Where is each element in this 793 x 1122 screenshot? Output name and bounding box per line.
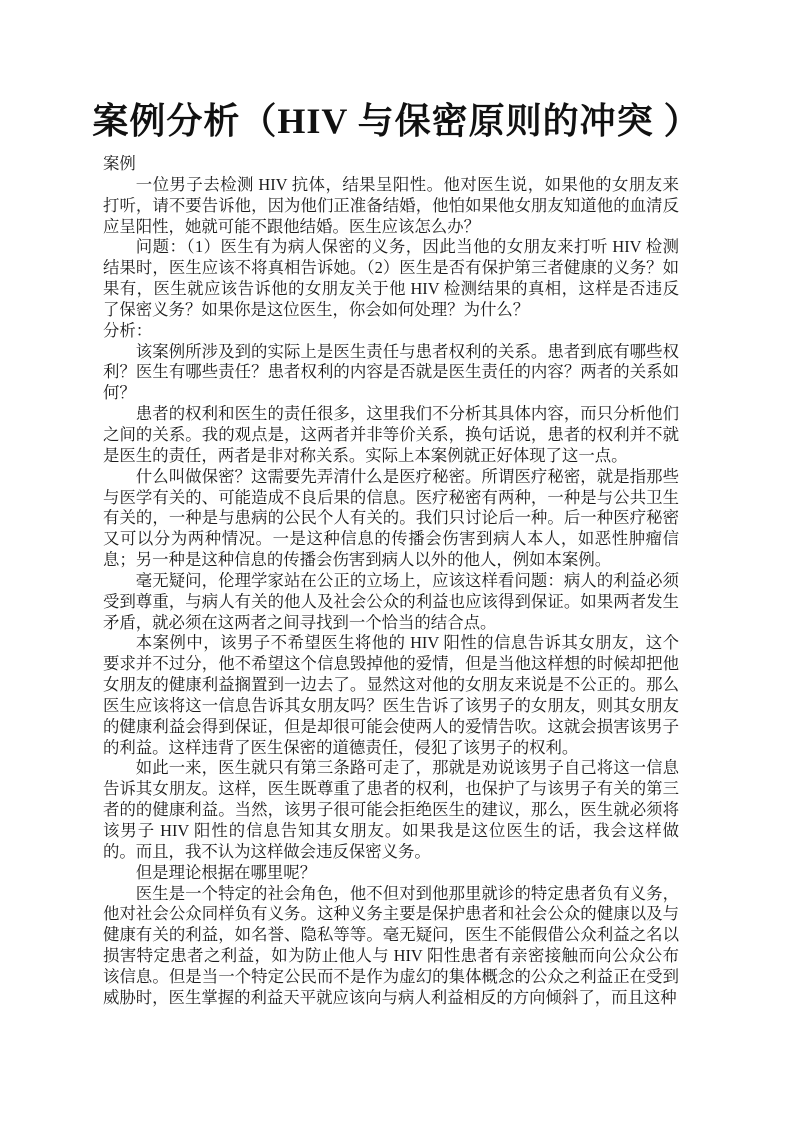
case-description: 一位男子去检测 HIV 抗体，结果呈阳性。他对医生说，如果他的女朋友来打听，请不… [103,175,679,238]
analysis-paragraph-6: 如此一来，医生就只有第三条路可走了，那就是劝说该男子自己将这一信息告诉其女朋友。… [103,758,679,862]
analysis-paragraph-7: 但是理论根据在哪里呢？ [103,863,679,884]
case-heading: 案例 [103,154,679,175]
document-body: 案例 一位男子去检测 HIV 抗体，结果呈阳性。他对医生说，如果他的女朋友来打听… [103,154,679,1009]
document-title: 案例分析（HIV 与保密原则的冲突 ） [0,99,793,143]
analysis-heading: 分析： [103,321,679,342]
analysis-paragraph-4: 毫无疑问，伦理学家站在公正的立场上，应该这样看问题：病人的利益必须受到尊重，与病… [103,571,679,634]
analysis-paragraph-5: 本案例中，该男子不希望医生将他的 HIV 阳性的信息告诉其女朋友，这个要求并不过… [103,633,679,758]
analysis-paragraph-2: 患者的权利和医生的责任很多，这里我们不分析其具体内容，而只分析他们之间的关系。我… [103,404,679,467]
questions-paragraph: 问题：（1）医生有为病人保密的义务，因此当他的女朋友来打听 HIV 检测结果时，… [103,237,679,320]
analysis-paragraph-1: 该案例所涉及到的实际上是医生责任与患者权利的关系。患者到底有哪些权利？医生有哪些… [103,342,679,405]
analysis-paragraph-8: 医生是一个特定的社会角色，他不但对到他那里就诊的特定患者负有义务，他对社会公众同… [103,884,679,1009]
document-page: 案例分析（HIV 与保密原则的冲突 ） 案例 一位男子去检测 HIV 抗体，结果… [0,0,793,1122]
analysis-paragraph-3: 什么叫做保密？这需要先弄清什么是医疗秘密。所谓医疗秘密，就是指那些与医学有关的、… [103,467,679,571]
